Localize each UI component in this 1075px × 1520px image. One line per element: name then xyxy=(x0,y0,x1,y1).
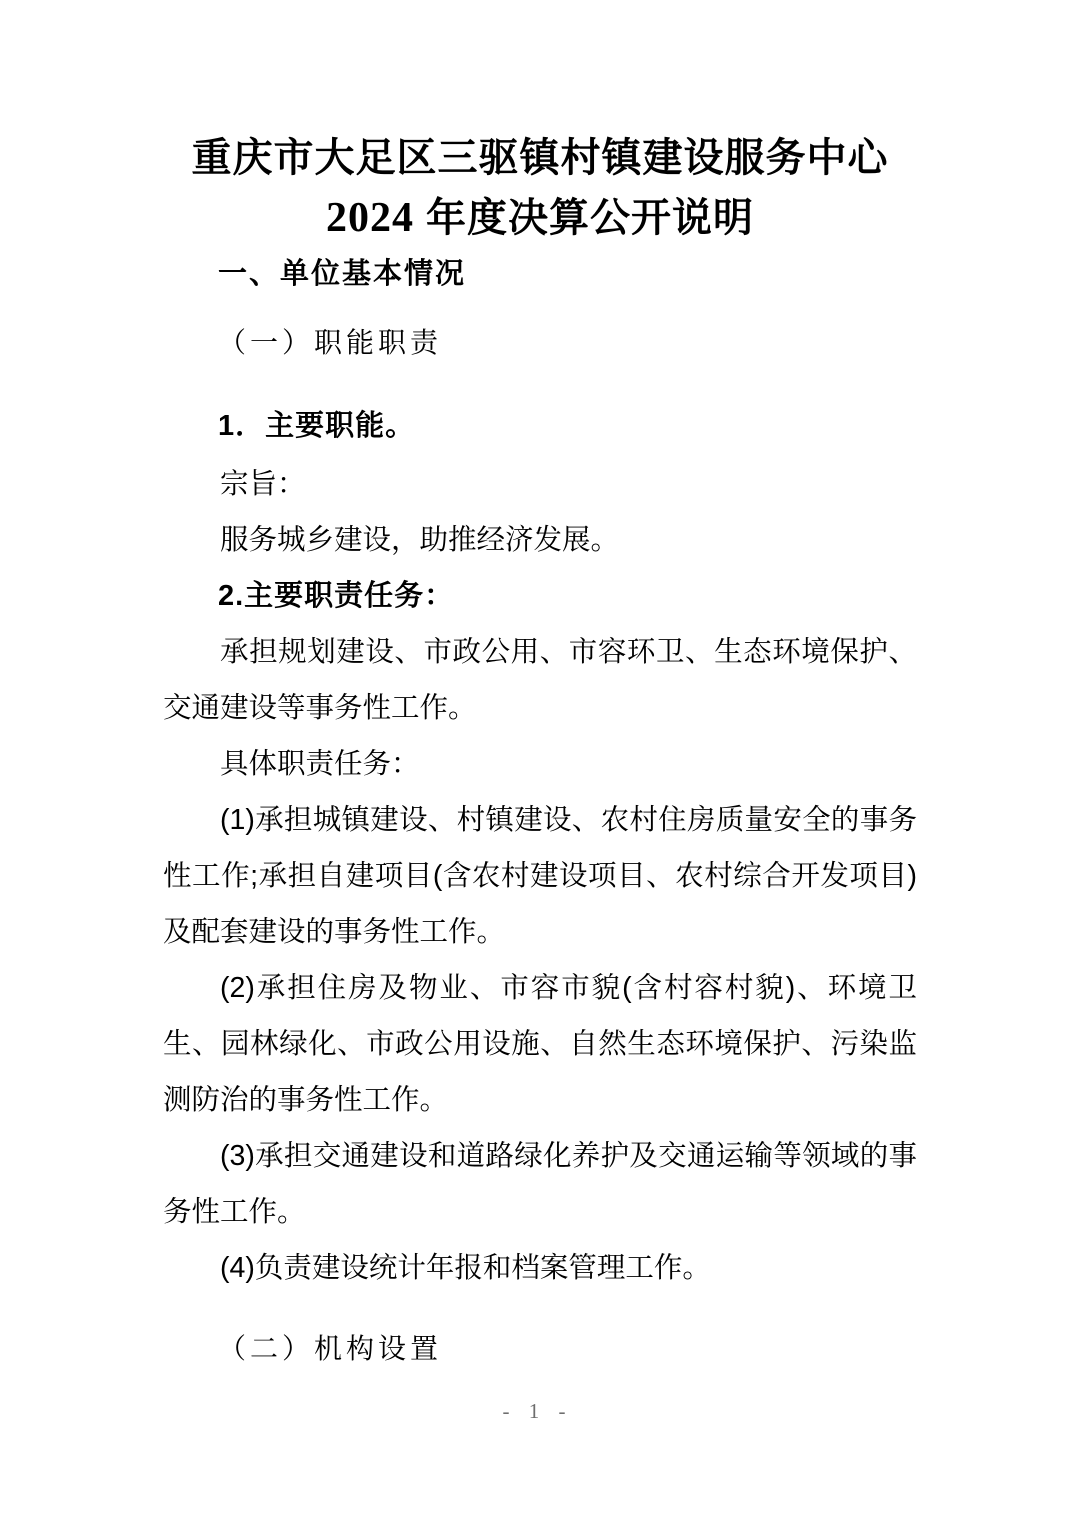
duty-item-1: (1)承担城镇建设、村镇建设、农村住房质量安全的事务性工作;承担自建项目(含农村… xyxy=(163,792,917,960)
title-line2-text: 年度决算公开说明 xyxy=(414,196,754,240)
subsection-heading-duties: （一）职能职责 xyxy=(163,324,917,364)
page-number: - 1 - xyxy=(0,1399,1075,1424)
document-page: 重庆市大足区三驱镇村镇建设服务中心 2024 年度决算公开说明 一、单位基本情况… xyxy=(0,0,1075,1520)
title-year-number: 2024 xyxy=(326,195,414,241)
duties-detail-label: 具体职责任务： xyxy=(163,736,917,792)
item-heading-main-functions: 1．主要职能。 xyxy=(163,406,917,446)
duty-item-2: (2)承担住房及物业、市容市貌(含村容村貌)、环境卫生、园林绿化、市政公用设施、… xyxy=(163,960,917,1128)
document-title-line1: 重庆市大足区三驱镇村镇建设服务中心 xyxy=(163,128,917,188)
document-title-line2: 2024 年度决算公开说明 xyxy=(163,188,917,248)
section-heading-basic-info: 一、单位基本情况 xyxy=(163,254,917,294)
duty-item-3: (3)承担交通建设和道路绿化养护及交通运输等领域的事务性工作。 xyxy=(163,1128,917,1240)
document-title: 重庆市大足区三驱镇村镇建设服务中心 2024 年度决算公开说明 xyxy=(163,0,917,248)
purpose-text: 服务城乡建设，助推经济发展。 xyxy=(163,512,917,568)
purpose-label: 宗旨： xyxy=(163,456,917,512)
subsection-heading-org-structure: （二）机构设置 xyxy=(163,1330,917,1370)
document-content: 重庆市大足区三驱镇村镇建设服务中心 2024 年度决算公开说明 一、单位基本情况… xyxy=(163,0,917,1370)
duty-item-4: (4)负责建设统计年报和档案管理工作。 xyxy=(163,1240,917,1296)
item-heading-main-tasks: 2.主要职责任务： xyxy=(163,568,917,624)
duties-summary: 承担规划建设、市政公用、市容环卫、生态环境保护、交通建设等事务性工作。 xyxy=(163,624,917,736)
